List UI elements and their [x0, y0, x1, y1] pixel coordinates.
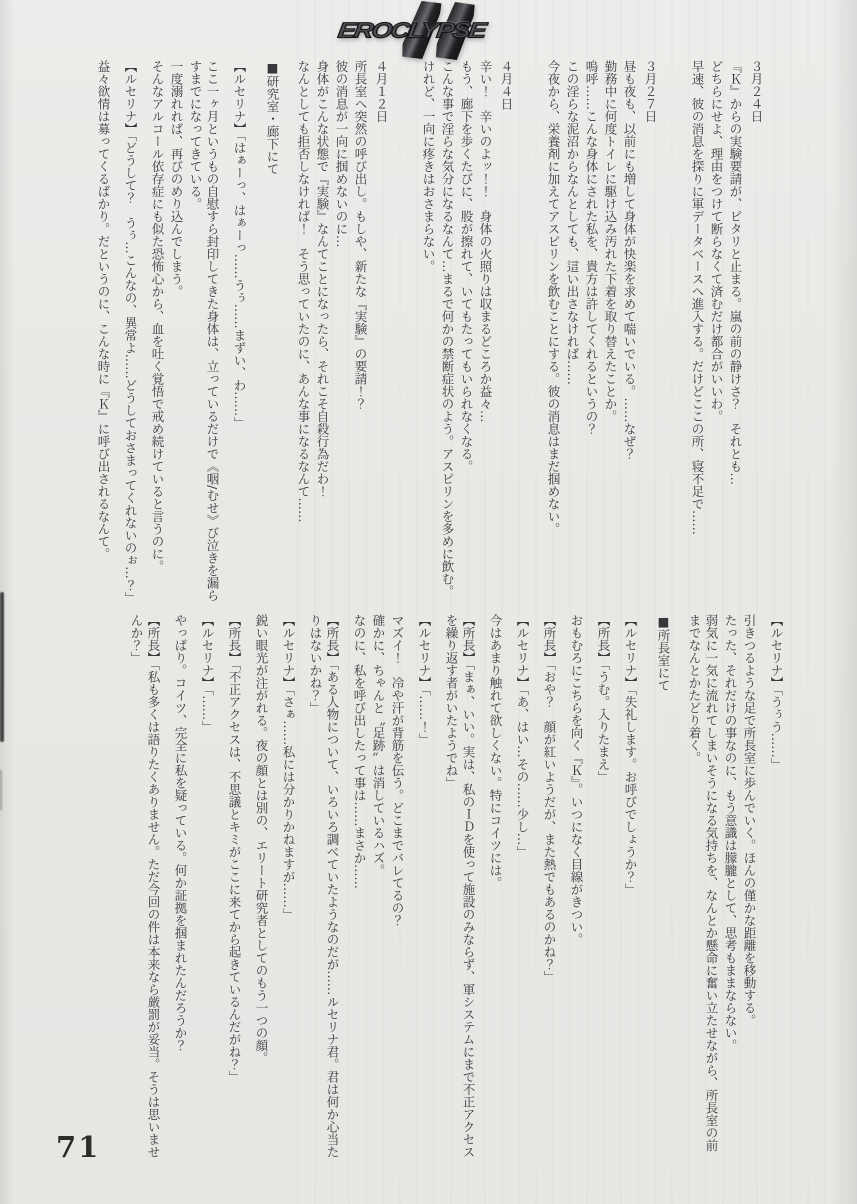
page-number: 71 [56, 1130, 100, 1164]
narration-paragraph: マズイ！ 冷や汗が背筋を伝う。どこまでバレてるの？ [389, 614, 406, 1160]
dialogue-line: 【ルセリナ】「失礼します。お呼びでしょうか？」 [622, 614, 639, 1160]
journal-paragraph: こんな事で淫らな気分になるなんて…まるで何かの禁断症状のよう。アスピリンを多めに… [439, 60, 456, 612]
narration-paragraph: おもむろにこちらを向く『Ｋ』。いつになく目線がきつい。 [568, 614, 585, 1160]
dialogue-line: 【所長】「おや？ 顔が紅いようだが、また熱でもあるのかね？」 [541, 614, 558, 1160]
narration-paragraph: 確かに、ちゃんと〝足跡〟は消しているハズ。 [370, 614, 387, 1160]
office-scene-section: 【ルセリナ】「うぅう……」 引きつるような足で所長室に歩んでいく。ほんの僅かな距… [35, 614, 795, 1160]
journal-paragraph: なんとしても拒否しなければ！ そう思っていたのに、あんな事になるなんて…… [295, 60, 312, 612]
narration-paragraph: そんなアルコール依存症にも似た恐怖心から、血を吐く覚悟で戒め続けていると言うのに… [149, 60, 166, 612]
journal-paragraph: 勤務中に何度トイレに駆け込み汚れた下着を取り替えたことか。 [602, 60, 619, 612]
narration-paragraph: 一度溺れれば、再びのめり込んでしまう。 [168, 60, 185, 612]
journal-paragraph: 今夜から、栄養剤に加えてアスピリンを飲むことにする。彼の消息はまだ掴めない。 [545, 60, 562, 612]
dialogue-line: 【所長】「不正アクセスは、不思議とキミがここに来てから起きているんだがね？」 [226, 614, 243, 1160]
dialogue-line: 【ルセリナ】「あ、はい…その……少し…」 [514, 614, 531, 1160]
narration-paragraph: ここ一ヶ月というもの自慰すら封印してきた身体は、立っているだけで《咽/むせ》び泣… [187, 60, 221, 612]
scan-edge-artifact [0, 770, 2, 810]
narration-paragraph: 引きつるような足で所長室に歩んでいく。ほんの僅かな距離を移動する。 [741, 614, 758, 1160]
narration-paragraph: 益々欲情は募ってくるばかり。だというのに、こんな時に『Ｋ』に呼び出されるなんて。 [95, 60, 112, 612]
eroclypse-logo: EROCLYPSE [336, 0, 532, 62]
dialogue-line: 【ルセリナ】「……」 [199, 614, 216, 1160]
dialogue-line: 【ルセリナ】「うぅう……」 [768, 614, 785, 1160]
journal-paragraph: 彼の消息が一向に掴めないのに… [333, 60, 350, 612]
logo-title: EROCLYPSE [337, 20, 532, 42]
journal-date: ４月４日 [498, 60, 515, 612]
journal-paragraph: どちらにせよ、理由をつけて断らなくて済むだけ都合がいいわ。 [708, 60, 725, 612]
journal-paragraph: もう、廊下を歩くたびに、股が擦れて、いてもたってもいられなくなる。 [458, 60, 475, 612]
journal-paragraph: 嗚呼……こんな身体にされた私を、貴方は許してくれるというの？ [583, 60, 600, 612]
scene-heading: ■所長室にて [655, 614, 672, 1160]
right-edge-shade [831, 0, 857, 1204]
journal-date: ４月１２日 [373, 60, 390, 612]
journal-paragraph: 早速、彼の消息を探りに軍データベースへ進入する。だけどここの所、寝不足で…… [689, 60, 706, 612]
journal-date: ３月２４日 [748, 60, 765, 612]
dialogue-line: 【ルセリナ】「はぁーっ、はぁーっ……うぅ……まずい、わ……」 [231, 60, 248, 612]
journal-paragraph: 身体がこんな状態で『実験』なんてことになったら、それこそ自殺行為だわ！ [314, 60, 331, 612]
scene-heading: ■研究室・廊下にて [264, 60, 281, 612]
journal-paragraph: 『Ｋ』からの実験要請が、ピタリと止まる。嵐の前の静けさ？ それとも… [727, 60, 744, 612]
narration-paragraph: やっぱり。コイツ、完全に私を疑っている。何か証拠を掴まれたんだろうか？ [172, 614, 189, 1160]
narration-paragraph: なのに、私を呼び出したって事は……まさか…… [351, 614, 368, 1160]
dialogue-line: 【ルセリナ】「どうして？ うぅ…こんなの、異常よ……どうしておさまってくれないの… [122, 60, 139, 612]
scan-edge-artifact [0, 592, 4, 742]
journal-paragraph: この淫らな泥沼からなんとしても、這い出さなければ…… [564, 60, 581, 612]
narration-paragraph: たった、それだけの事なのに、もう意識は朦朧として、思考もままならない。 [722, 614, 739, 1160]
dialogue-line: 【所長】「私も多くは語りたくありません。ただ今回の件は本来なら厳罰が妥当。そうは… [128, 614, 162, 1160]
journal-paragraph: 所長室へ突然の呼び出し。もしや、新たな『実験』の要請！？ [352, 60, 369, 612]
journal-paragraph: 辛い！ 辛いのよッ！！ 身体の火照りは収まるどころか益々… [477, 60, 494, 612]
dialogue-line: 【ルセリナ】「……！」 [416, 614, 433, 1160]
journal-section: ３月２４日 『Ｋ』からの実験要請が、ピタリと止まる。嵐の前の静けさ？ それとも…… [43, 60, 795, 612]
scanned-novel-page: EROCLYPSE ３月２４日 『Ｋ』からの実験要請が、ピタリと止まる。嵐の前の… [0, 0, 857, 1204]
narration-paragraph: 鋭い眼光が注がれる。夜の顔とは別の、エリート研究者としてのもう一つの顔。 [253, 614, 270, 1160]
dialogue-line: 【所長】「ある人物について、いろいろ調べていたようなのだが……ルセリナ君。君は何… [307, 614, 341, 1160]
dialogue-line: 【所長】「うむ。入りたまえ」 [595, 614, 612, 1160]
journal-paragraph: けれど、一向に疼きはおさまらない。 [420, 60, 437, 612]
dialogue-line: 【ルセリナ】「さぁ……私には分かりかねますが……」 [280, 614, 297, 1160]
narration-paragraph: 弱気に一気に流れてしまいそうになる気持ちを、なんとか懸命に奮い立たせながら、所長… [686, 614, 720, 1160]
dialogue-line: 【所長】「まぁ、いい。実は、私のＩＤを使って施設のみならず、軍システムにまで不正… [443, 614, 477, 1160]
journal-paragraph: 昼も夜も、以前にも増して身体が快楽を求めて喘いでいる。……なぜ？ [621, 60, 638, 612]
journal-date: ３月２７日 [642, 60, 659, 612]
narration-paragraph: 今はあまり触れて欲しくない。特にコイツには。 [487, 614, 504, 1160]
